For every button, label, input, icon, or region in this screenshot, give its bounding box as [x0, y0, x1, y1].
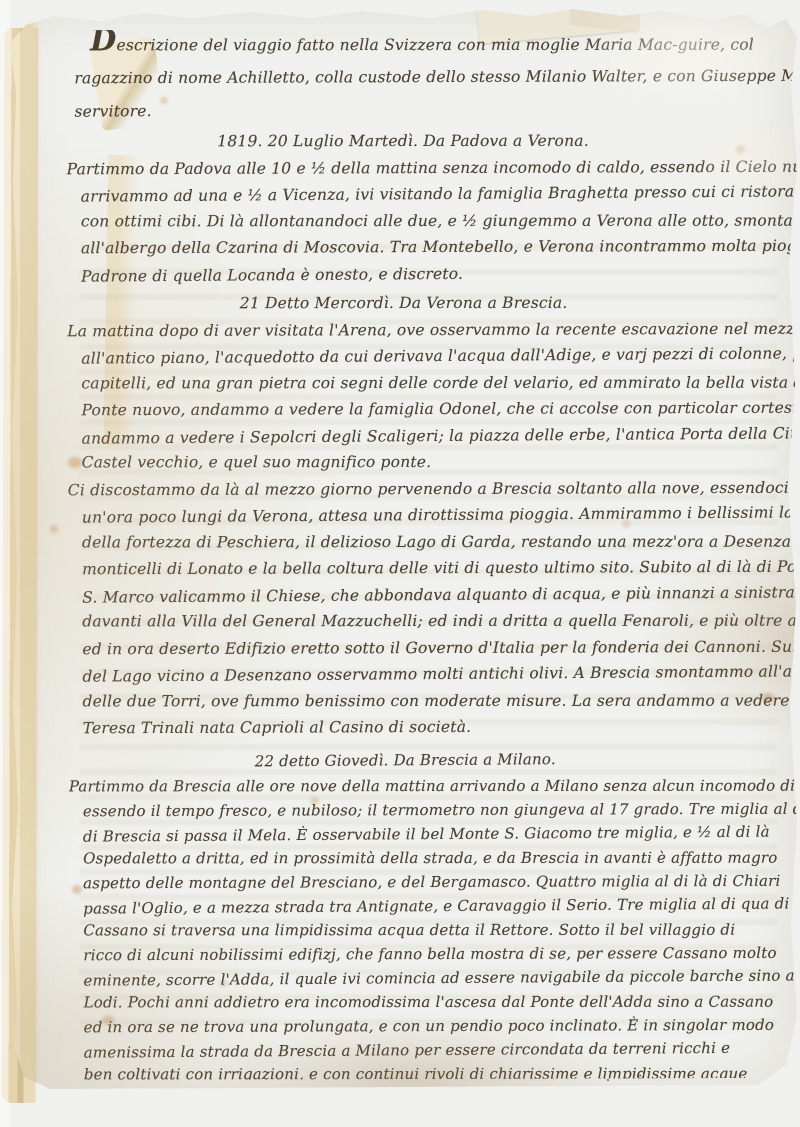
- manuscript-line: monticelli di Lonato e la bella coltura …: [82, 554, 800, 583]
- manuscript-line: Teresa Trinali nata Caprioli al Casino d…: [83, 713, 800, 742]
- intro-line: Descrizione del viaggio fatto nella Sviz…: [90, 29, 799, 62]
- page-content: Descrizione del viaggio fatto nella Sviz…: [66, 28, 800, 1081]
- section-heading: 22 detto Giovedì. Da Brescia a Milano.: [69, 745, 800, 774]
- manuscript-line: essendo il tempo fresco, e nubiloso; il …: [83, 796, 800, 823]
- manuscript-line: Ospedaletto a dritta, ed in prossimità d…: [83, 845, 800, 870]
- intro-line: ragazzino di nome Achilletto, colla cust…: [74, 60, 799, 95]
- manuscript-line: Cassano si traversa una limpidissima acq…: [83, 917, 800, 942]
- manuscript-page: Descrizione del viaggio fatto nella Sviz…: [10, 5, 797, 1089]
- manuscript-line: Ponte nuovo, andammo a vedere la famigli…: [81, 395, 800, 424]
- manuscript-line: arrivammo ad una e ½ a Vicenza, ivi visi…: [81, 178, 800, 210]
- manuscript-line: ben coltivati con irrigazioni, e con con…: [84, 1061, 800, 1080]
- manuscript-line: della fortezza di Peschiera, il delizios…: [82, 528, 800, 555]
- manuscript-line: un'ora poco lungi da Verona, attesa una …: [82, 499, 800, 531]
- manuscript-line: di Brescia si passa il Mela. È osservabi…: [83, 819, 800, 848]
- manuscript-line: Partimmo da Brescia alle ore nove della …: [69, 773, 800, 798]
- manuscript-line: S. Marco valicammo il Chiese, che abbond…: [82, 579, 800, 611]
- manuscript-line: Castel vecchio, e quel suo magnifico pon…: [82, 449, 800, 476]
- manuscript-line: Partimmo da Padova alle 10 e ½ della mat…: [67, 153, 800, 182]
- manuscript-photo: Descrizione del viaggio fatto nella Sviz…: [0, 0, 800, 1127]
- manuscript-line: passa l'Oglio, e a mezza strada tra Anti…: [83, 891, 800, 920]
- manuscript-line: delle due Torri, ove fummo benissimo con…: [82, 687, 800, 714]
- manuscript-line: capitelli, ed una gran pietra coi segni …: [81, 369, 800, 396]
- intro-line: servitore.: [74, 90, 799, 127]
- manuscript-line: eminente, scorre l'Adda, il quale ivi co…: [83, 963, 800, 992]
- manuscript-line: andammo a vedere i Sepolcri degli Scalig…: [81, 420, 800, 452]
- manuscript-line: aspetto delle montagne del Bresciano, e …: [83, 868, 800, 895]
- manuscript-line: ed in ora deserto Edifizio eretto sotto …: [82, 633, 800, 662]
- foxing-spot: [50, 525, 58, 533]
- manuscript-line: La mattina dopo di aver visitata l'Arena…: [67, 315, 800, 344]
- section-heading: 1819. 20 Luglio Martedì. Da Padova a Ver…: [67, 128, 800, 155]
- manuscript-line: amenissima la strada da Brescia a Milano…: [84, 1035, 800, 1064]
- manuscript-line: ed in ora se ne trova una prolungata, e …: [84, 1012, 800, 1039]
- manuscript-line: Padrone di quella Locanda è onesto, e di…: [81, 258, 800, 290]
- manuscript-line: Ci discostammo da là al mezzo giorno per…: [68, 474, 800, 503]
- manuscript-line: ricco di alcuni nobilissimi edifizj, che…: [83, 940, 800, 967]
- manuscript-line: del Lago vicino a Desenzano osservammo m…: [82, 658, 800, 690]
- section-heading: 21 Detto Mercordì. Da Verona a Brescia.: [67, 290, 800, 317]
- manuscript-line: Lodi. Pochi anni addietro era incomodiss…: [84, 989, 800, 1014]
- manuscript-line: con ottimi cibi. Di là allontanandoci al…: [81, 207, 800, 234]
- manuscript-line: all'albergo della Czarina di Moscovia. T…: [81, 233, 800, 262]
- manuscript-line: davanti alla Villa del General Mazzuchel…: [82, 608, 800, 635]
- manuscript-line: all'antico piano, l'acquedotto da cui de…: [81, 340, 800, 372]
